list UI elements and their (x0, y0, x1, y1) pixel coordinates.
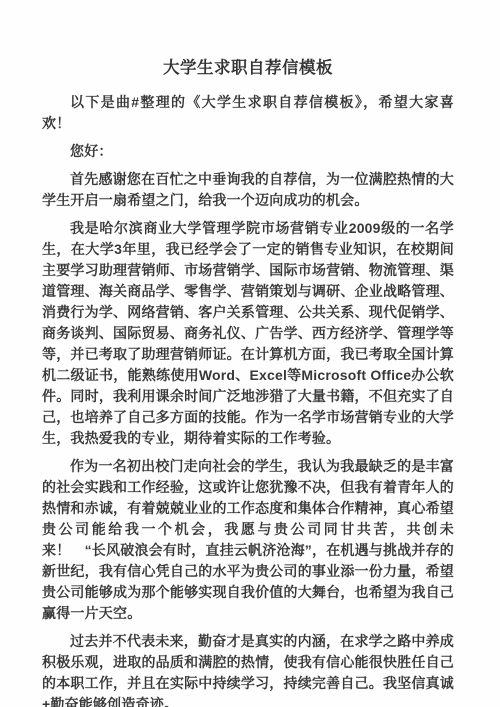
body-paragraph-1: 首先感谢您在百忙之中垂询我的自荐信，为一位满腔热情的大学生开启一扇希望之门，给我… (42, 169, 454, 211)
intro-line: 以下是曲#整理的《大学生求职自荐信模板》，希望大家喜欢！ (42, 92, 454, 134)
document-title: 大学生求职自荐信模板 (42, 57, 454, 79)
greeting-line: 您好： (42, 141, 454, 162)
body-paragraph-3: 作为一名初出校门走向社会的学生，我认为我最缺乏的是丰富的社会实践和工作经验，这或… (42, 456, 454, 624)
document-page: 大学生求职自荐信模板 以下是曲#整理的《大学生求职自荐信模板》，希望大家喜欢！ … (0, 0, 500, 707)
body-paragraph-2: 我是哈尔滨商业大学管理学院市场营销专业2009级的一名学生，在大学3年里，我已经… (42, 218, 454, 449)
body-paragraph-4: 过去并不代表未来，勤奋才是真实的内涵，在求学之路中养成积极乐观，进取的品质和满腔… (42, 631, 454, 707)
